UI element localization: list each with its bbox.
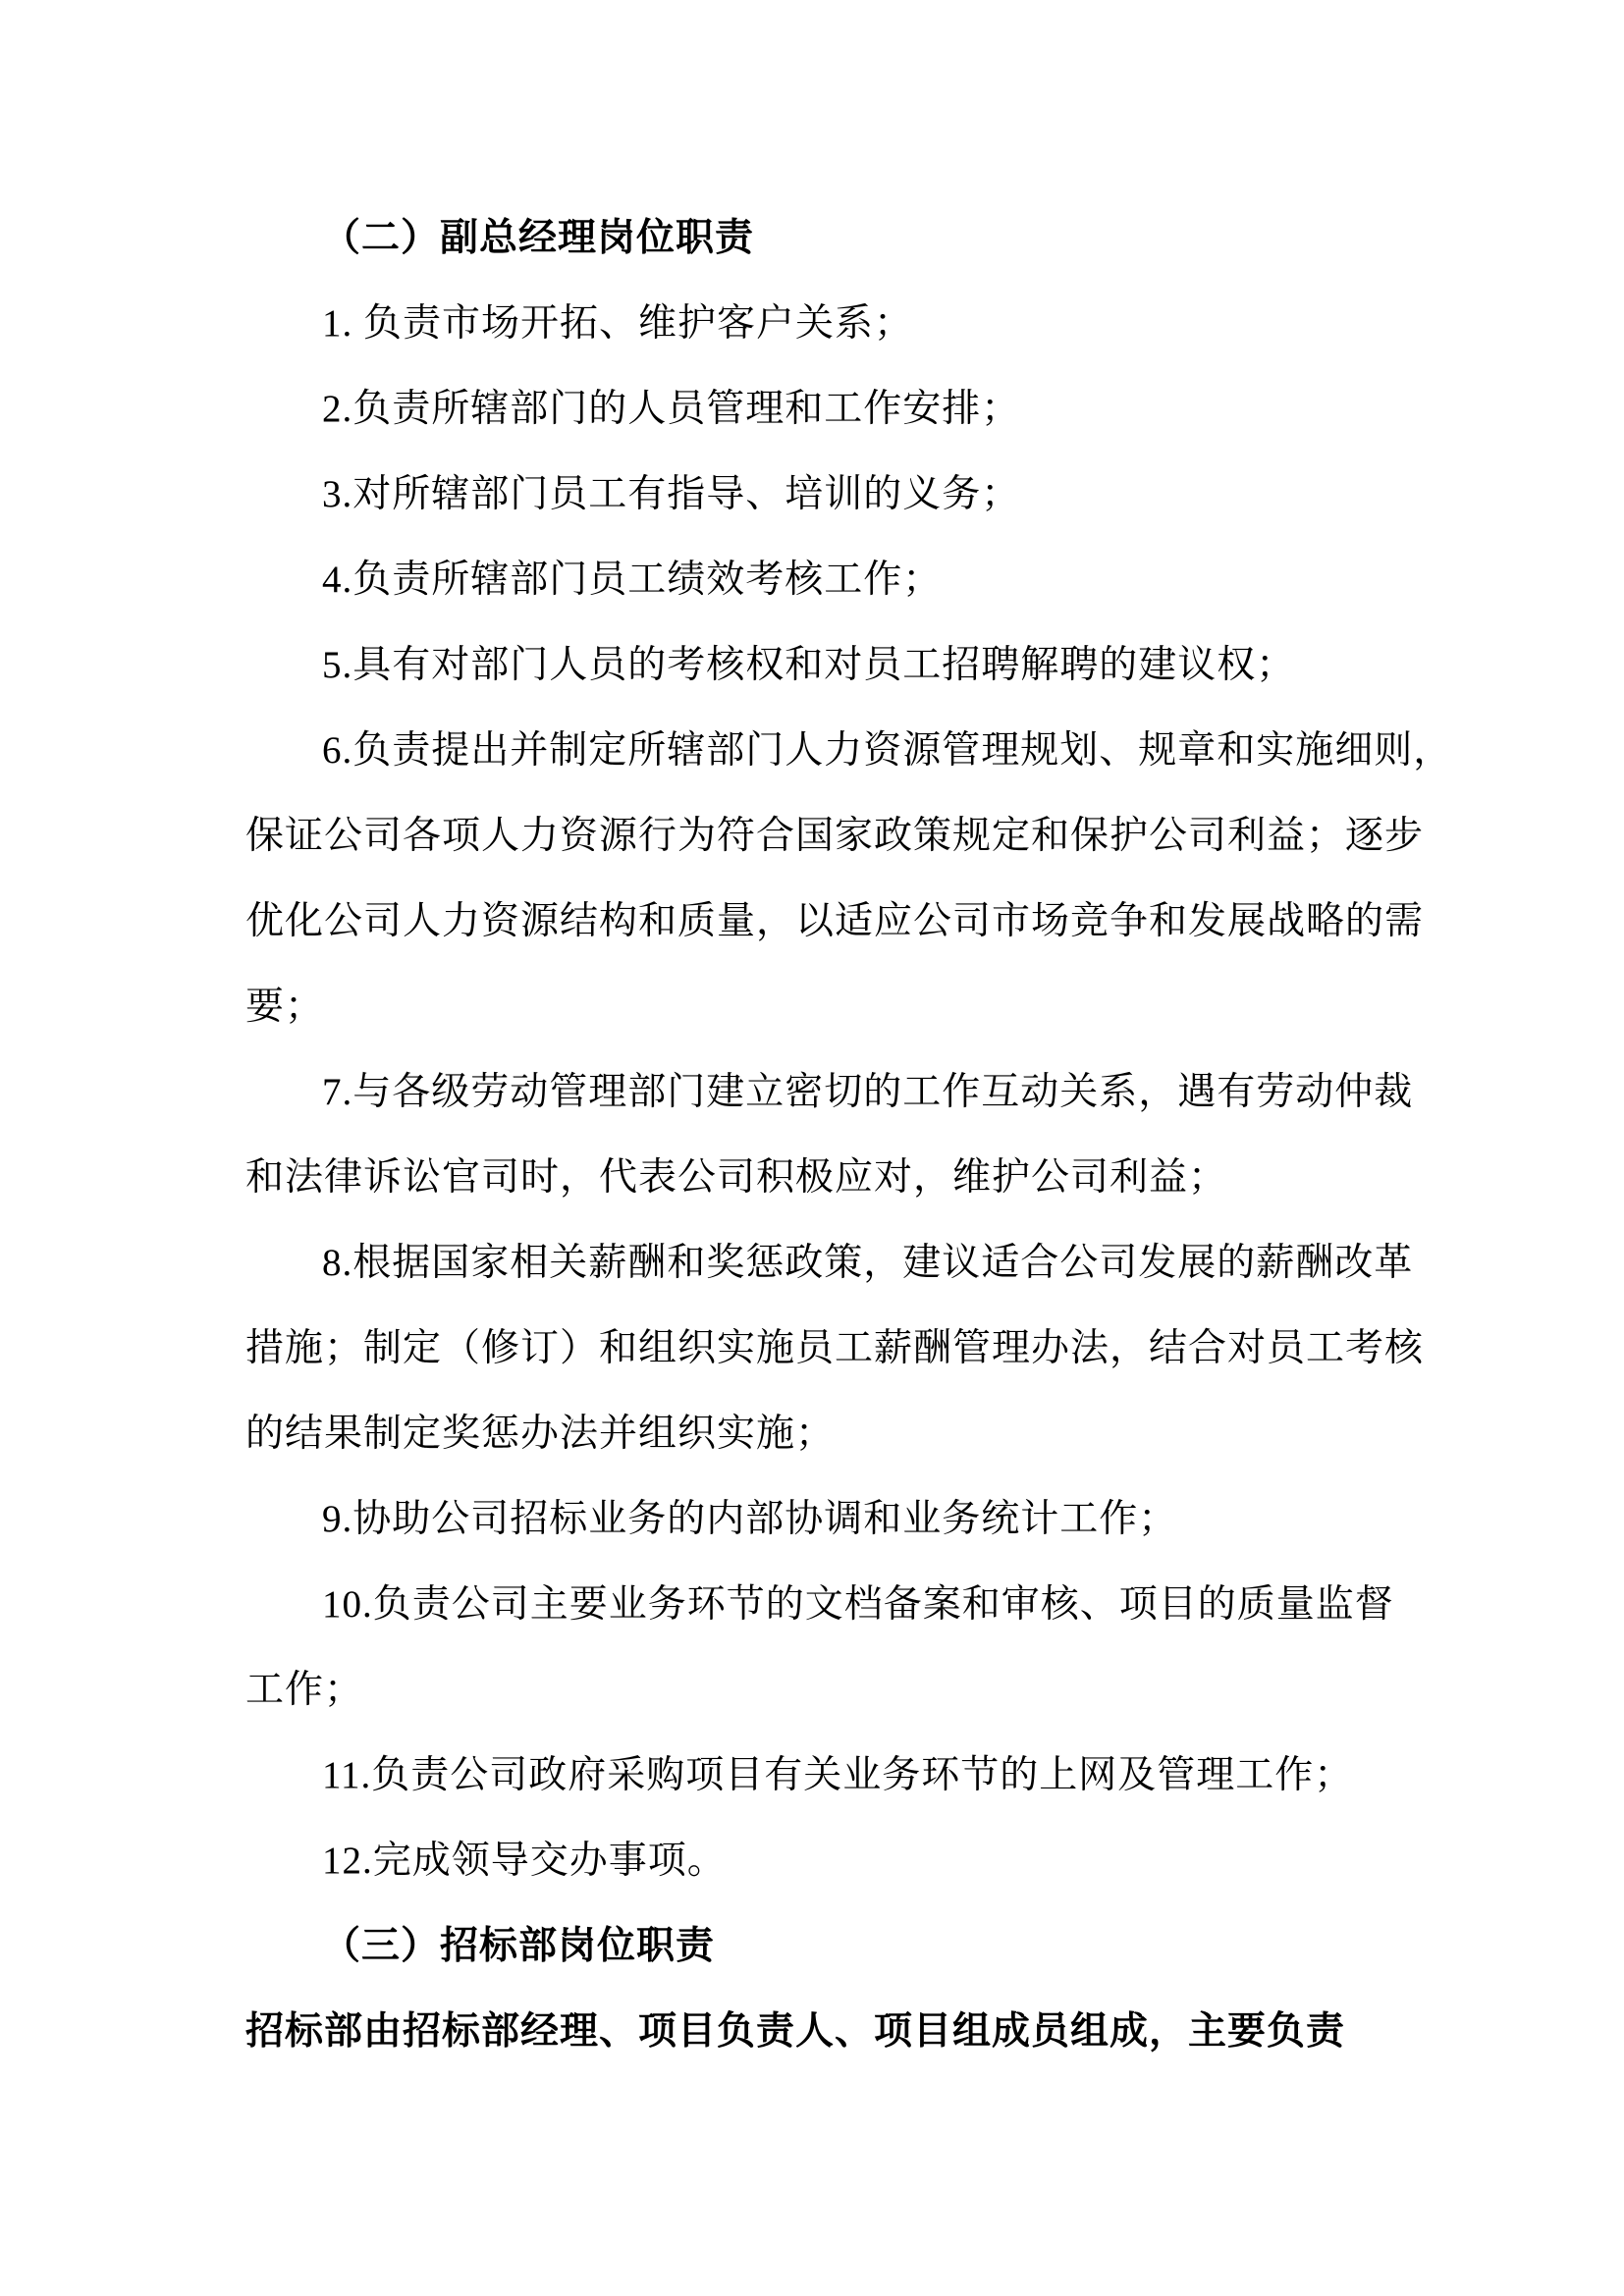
item-4: 4.负责所辖部门员工绩效考核工作； (245, 537, 1394, 622)
item-10-line-2: 工作； (245, 1647, 1394, 1733)
item-6-line-2: 保证公司各项人力资源行为符合国家政策规定和保护公司利益；逐步 (245, 793, 1394, 879)
item-7-line-1: 7.与各级劳动管理部门建立密切的工作互动关系，遇有劳动仲裁 (245, 1049, 1394, 1135)
item-6-line-3: 优化公司人力资源结构和质量，以适应公司市场竞争和发展战略的需 (245, 879, 1394, 964)
item-2: 2.负责所辖部门的人员管理和工作安排； (245, 366, 1394, 452)
text-block: （二）副总经理岗位职责1. 负责市场开拓、维护客户关系；2.负责所辖部门的人员管… (245, 195, 1394, 2074)
item-8-line-1: 8.根据国家相关薪酬和奖惩政策，建议适合公司发展的薪酬改革 (245, 1220, 1394, 1306)
item-5: 5.具有对部门人员的考核权和对员工招聘解聘的建议权； (245, 622, 1394, 708)
item-3: 3.对所辖部门员工有指导、培训的义务； (245, 452, 1394, 537)
item-8-line-3: 的结果制定奖惩办法并组织实施； (245, 1391, 1394, 1476)
item-12: 12.完成领导交办事项。 (245, 1818, 1394, 1903)
item-1: 1. 负责市场开拓、维护客户关系； (245, 281, 1394, 366)
heading-section-3: （三）招标部岗位职责 (245, 1903, 1394, 1989)
document-page: （二）副总经理岗位职责1. 负责市场开拓、维护客户关系；2.负责所辖部门的人员管… (0, 0, 1624, 2296)
item-7-line-2: 和法律诉讼官司时，代表公司积极应对，维护公司利益； (245, 1135, 1394, 1220)
item-6-line-4: 要； (245, 964, 1394, 1049)
item-8-line-2: 措施；制定（修订）和组织实施员工薪酬管理办法，结合对员工考核 (245, 1306, 1394, 1391)
item-9: 9.协助公司招标业务的内部协调和业务统计工作； (245, 1476, 1394, 1562)
paragraph-bid-dept-intro: 招标部由招标部经理、项目负责人、项目组成员组成，主要负责 (245, 1989, 1394, 2074)
heading-section-2: （二）副总经理岗位职责 (245, 195, 1394, 281)
item-11: 11.负责公司政府采购项目有关业务环节的上网及管理工作； (245, 1733, 1394, 1818)
item-10-line-1: 10.负责公司主要业务环节的文档备案和审核、项目的质量监督 (245, 1562, 1394, 1647)
item-6-line-1: 6.负责提出并制定所辖部门人力资源管理规划、规章和实施细则， (245, 708, 1394, 793)
